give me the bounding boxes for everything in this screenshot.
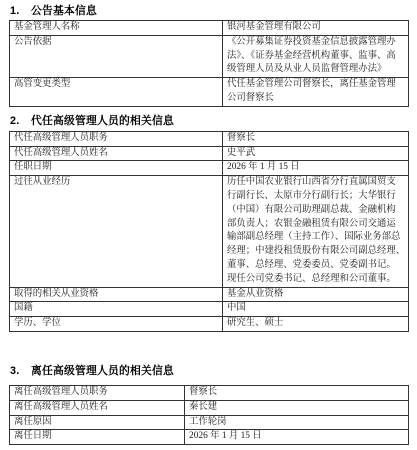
table-row: 基金管理人名称 银河基金管理有限公司 (10, 21, 409, 36)
field-label-cell: 基金管理人名称 (10, 21, 223, 36)
section-title: 离任高级管理人员的相关信息 (31, 365, 174, 377)
field-label-cell: 离任原因 (10, 415, 185, 430)
field-value-cell: 研究生、硕士 (223, 317, 409, 332)
table-row: 国籍 中国 (10, 302, 409, 317)
table-row: 离任高级管理人员姓名 秦长建 (10, 400, 409, 415)
field-value-cell: 督察长 (185, 385, 409, 400)
info-table: 代任高级管理人员职务 督察长 代任高级管理人员姓名 史平武 任职日期 2026 … (9, 131, 409, 332)
field-value-cell: 银河基金管理有限公司 (223, 21, 409, 36)
field-label-cell: 高管变更类型 (10, 78, 223, 107)
section-title: 代任高级管理人员的相关信息 (31, 115, 174, 127)
table-row: 代任高级管理人员姓名 史平武 (10, 146, 409, 161)
field-label-cell: 国籍 (10, 302, 223, 317)
section-number: 1. (10, 5, 31, 17)
section-departing-officer-info: 3.离任高级管理人员的相关信息 离任高级管理人员职务 督察长 离任高级管理人员姓… (9, 365, 409, 445)
field-label-cell: 学历、学位 (10, 317, 223, 332)
table-row: 代任高级管理人员职务 督察长 (10, 131, 409, 146)
section-title: 公告基本信息 (31, 5, 97, 17)
section-heading: 1.公告基本信息 (10, 5, 409, 17)
field-value-cell: 秦长建 (185, 400, 409, 415)
field-value-cell: 代任基金管理公司督察长，离任基金管理 公司督察长 (223, 78, 409, 107)
table-row: 取得的相关从业资格 基金从业资格 (10, 287, 409, 302)
table-row: 任职日期 2026 年 1 月 15 日 (10, 161, 409, 176)
section-heading: 2.代任高级管理人员的相关信息 (10, 115, 409, 127)
section-basic-info: 1.公告基本信息 基金管理人名称 银河基金管理有限公司 公告依据 《公开募集证券… (9, 5, 409, 107)
field-value-cell: 中国 (223, 302, 409, 317)
field-value-cell: 2026 年 1 月 15 日 (223, 161, 409, 176)
table-row: 离任原因 工作轮岗 (10, 415, 409, 430)
field-value-cell: 史平武 (223, 146, 409, 161)
field-value-cell: 工作轮岗 (185, 415, 409, 430)
section-number: 2. (10, 115, 31, 127)
section-acting-officer-info: 2.代任高级管理人员的相关信息 代任高级管理人员职务 督察长 代任高级管理人员姓… (9, 115, 409, 332)
field-label-cell: 代任高级管理人员姓名 (10, 146, 223, 161)
section-number: 3. (10, 365, 31, 377)
field-label-cell: 离任高级管理人员职务 (10, 385, 185, 400)
fund-announcement-document: 1.公告基本信息 基金管理人名称 银河基金管理有限公司 公告依据 《公开募集证券… (0, 0, 417, 450)
field-label-cell: 过往从业经历 (10, 176, 223, 287)
table-row: 过往从业经历 历任中国农业银行山西省分行直属国贸支 行副行长、太原市分行副行长；… (10, 176, 409, 287)
field-label-cell: 离任高级管理人员姓名 (10, 400, 185, 415)
field-value-cell: 《公开募集证券投资基金信息披露管理办 法》、《证券基金经营机构董事、监事、高 级… (223, 35, 409, 77)
field-label-cell: 代任高级管理人员职务 (10, 131, 223, 146)
table-row: 离任日期 2026 年 1 月 15 日 (10, 430, 409, 445)
field-value-cell: 基金从业资格 (223, 287, 409, 302)
table-row: 学历、学位 研究生、硕士 (10, 317, 409, 332)
info-table: 离任高级管理人员职务 督察长 离任高级管理人员姓名 秦长建 离任原因 工作轮岗 … (9, 385, 409, 445)
info-table: 基金管理人名称 银河基金管理有限公司 公告依据 《公开募集证券投资基金信息披露管… (9, 20, 409, 107)
table-row: 公告依据 《公开募集证券投资基金信息披露管理办 法》、《证券基金经营机构董事、监… (10, 35, 409, 77)
table-row: 高管变更类型 代任基金管理公司督察长，离任基金管理 公司督察长 (10, 78, 409, 107)
field-label-cell: 取得的相关从业资格 (10, 287, 223, 302)
table-row: 离任高级管理人员职务 督察长 (10, 385, 409, 400)
field-label-cell: 任职日期 (10, 161, 223, 176)
field-label-cell: 公告依据 (10, 35, 223, 77)
field-label-cell: 离任日期 (10, 430, 185, 445)
section-heading: 3.离任高级管理人员的相关信息 (10, 365, 409, 377)
field-value-cell: 督察长 (223, 131, 409, 146)
field-value-cell: 2026 年 1 月 15 日 (185, 430, 409, 445)
field-value-cell: 历任中国农业银行山西省分行直属国贸支 行副行长、太原市分行副行长；大华银行 （中… (223, 176, 409, 287)
